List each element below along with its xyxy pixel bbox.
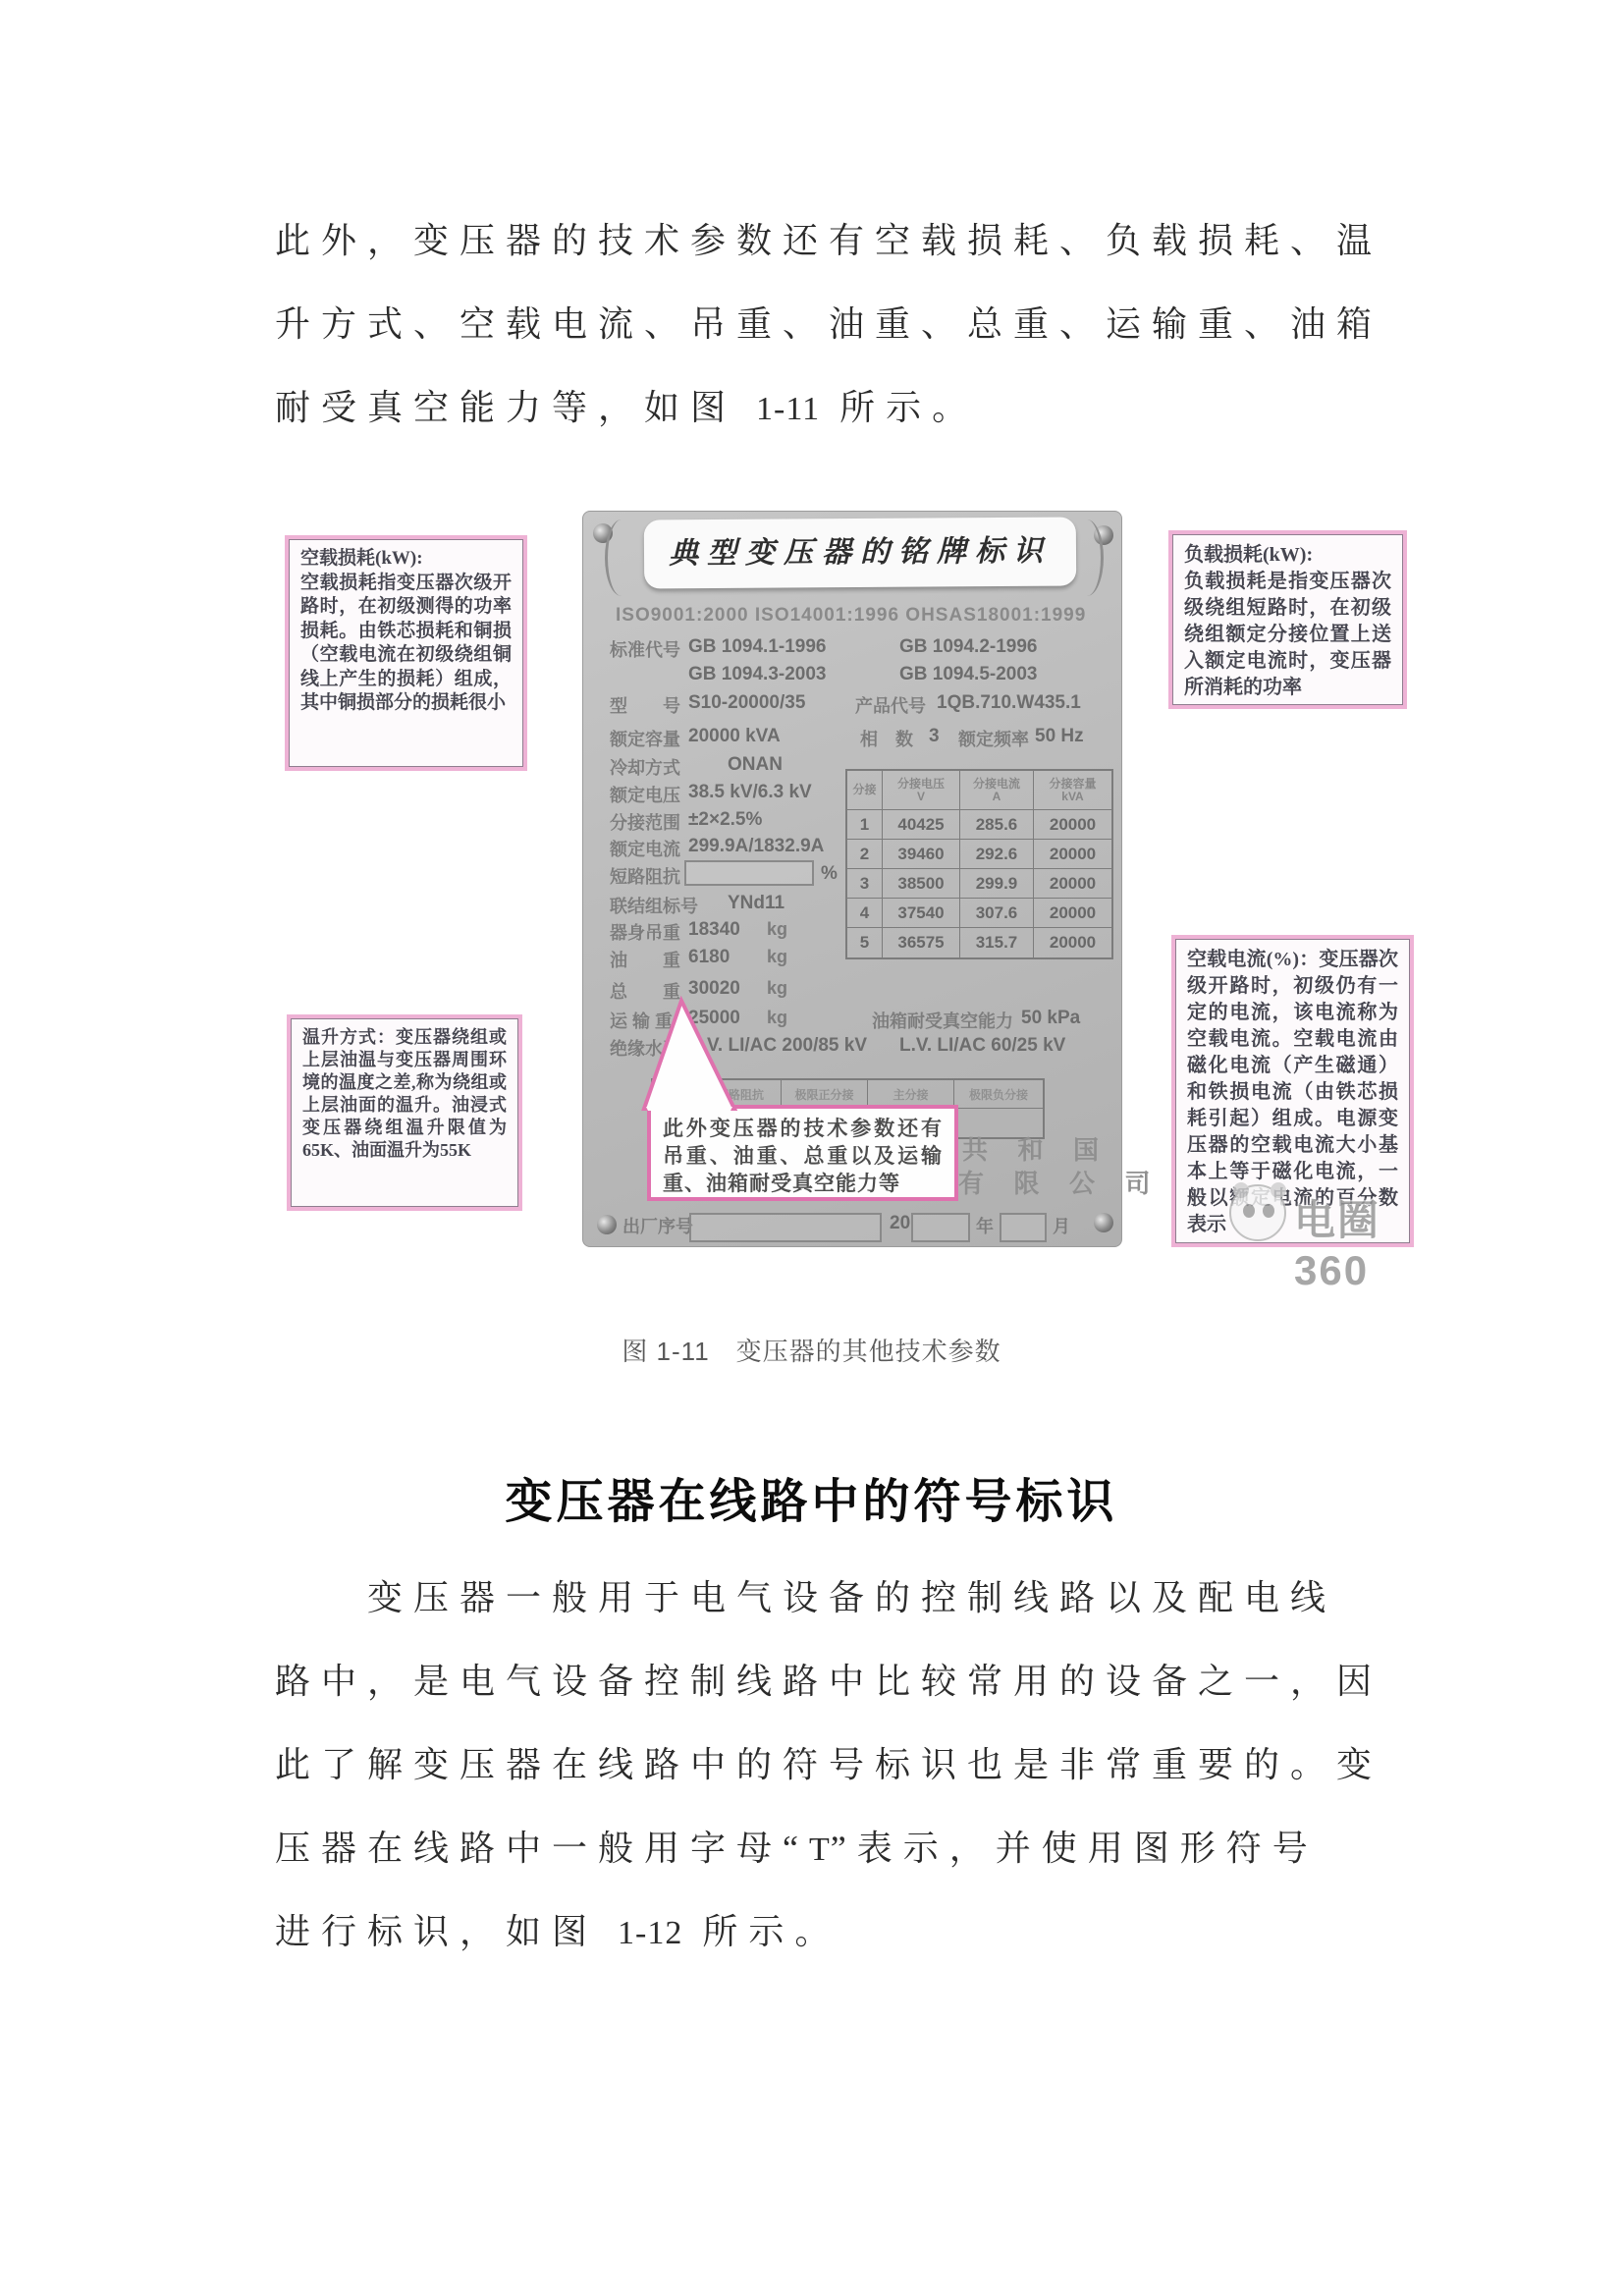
transformer-nameplate: 典型变压器的铭牌标识 ISO9001:2000 ISO14001:1996 OH… bbox=[582, 511, 1122, 1247]
tap-current-header: 分接电流 bbox=[973, 778, 1020, 791]
watermark-text: 电圈360 bbox=[1294, 1188, 1439, 1294]
tap-table-body: 140425285.620000239460292.62000033850029… bbox=[847, 810, 1111, 957]
callout-title: 负载损耗(kW): bbox=[1184, 544, 1313, 566]
product-code-value: 1QB.710.W435.1 bbox=[937, 692, 1081, 714]
paragraph-line: 升方式、空载电流、吊重、油重、总重、运输重、油箱 bbox=[275, 283, 1404, 366]
tap-table-cell: 20000 bbox=[1034, 810, 1111, 839]
tap-range-value: ±2×2.5% bbox=[688, 809, 762, 831]
impedance-h4: 极限负分接 bbox=[954, 1080, 1043, 1108]
insulation-lv: L.V. LI/AC 60/25 kV bbox=[899, 1035, 1065, 1057]
tap-table-cell: 315.7 bbox=[960, 928, 1034, 957]
kg-unit: kg bbox=[767, 919, 787, 940]
vector-group-label: 联结组标号 bbox=[610, 893, 698, 918]
standard-code-1: GB 1094.1-1996 bbox=[688, 636, 827, 658]
tap-table-cell: 20000 bbox=[1034, 899, 1111, 927]
iso-certs: ISO9001:2000 ISO14001:1996 OHSAS18001:19… bbox=[616, 605, 1086, 627]
tap-capacity-unit: kVA bbox=[1061, 791, 1083, 803]
impedance-h1: 高压绕组短路阻抗 bbox=[653, 1080, 782, 1108]
paragraph-line: 此外，变压器的技术参数还有空载损耗、负载损耗、温 bbox=[275, 199, 1404, 283]
text-run: 所示。 bbox=[820, 388, 978, 427]
serial-label: 出厂序号 bbox=[622, 1213, 693, 1238]
cooling-value: ONAN bbox=[728, 754, 783, 776]
tap-table-header: 分接 分接电压V 分接电流A 分接容量kVA bbox=[847, 771, 1111, 810]
vacuum-value: 50 kPa bbox=[1021, 1008, 1080, 1029]
tap-table-row: 140425285.620000 bbox=[847, 810, 1111, 840]
rated-current-label: 额定电流 bbox=[610, 836, 680, 861]
text-run: 此了解变压器在线路中的符号标识也是非常重要的。变 bbox=[275, 1745, 1382, 1784]
rated-voltage-value: 38.5 kV/6.3 kV bbox=[688, 782, 812, 803]
tap-table-cell: 307.6 bbox=[960, 899, 1034, 927]
phase-value: 3 bbox=[929, 726, 940, 747]
nameplate-title: 典型变压器的铭牌标识 bbox=[644, 517, 1076, 588]
phase-label: 相 数 bbox=[860, 726, 913, 751]
tap-table-cell: 20000 bbox=[1034, 840, 1111, 868]
callout-temp-rise: 温升方式：变压器绕组或上层油温与变压器周围环境的温度之差,称为绕组或上层油面的温… bbox=[287, 1014, 522, 1211]
impedance-unit: % bbox=[821, 863, 838, 885]
tap-table-row: 437540307.620000 bbox=[847, 899, 1111, 928]
rated-voltage-label: 额定电压 bbox=[610, 782, 680, 807]
tap-voltage-header: 分接电压 bbox=[897, 778, 945, 791]
tap-table-cell: 5 bbox=[847, 928, 883, 957]
month-blank-field bbox=[1000, 1213, 1047, 1242]
paragraph-symbols: 变压器一般用于电气设备的控制线路以及配电线路中，是电气设备控制线路中比较常用的设… bbox=[275, 1557, 1404, 1974]
cooling-label: 冷却方式 bbox=[610, 754, 680, 780]
tap-capacity-header: 分接容量 bbox=[1049, 778, 1096, 791]
paragraph-line: 此了解变压器在线路中的符号标识也是非常重要的。变 bbox=[275, 1723, 1404, 1807]
paragraph-line: 进行标识，如图 1-12 所示。 bbox=[275, 1890, 1404, 1974]
tap-table-row: 239460292.620000 bbox=[847, 840, 1111, 869]
tap-col-header: 分接 bbox=[852, 784, 876, 796]
vacuum-label: 油箱耐受真空能力 bbox=[872, 1008, 1013, 1033]
rated-current-value: 299.9A/1832.9A bbox=[688, 836, 824, 857]
insulation-label: 绝缘水平 bbox=[610, 1035, 680, 1061]
model-label: 型 号 bbox=[610, 692, 680, 718]
callout-body: 负载损耗是指变压器次级绕组短路时，在初级绕组额定分接位置上送入额定电流时，变压器… bbox=[1184, 571, 1391, 698]
tap-table-row: 536575315.720000 bbox=[847, 928, 1111, 957]
total-weight-value: 30020 bbox=[688, 978, 740, 1000]
tap-table-row: 338500299.920000 bbox=[847, 869, 1111, 899]
paragraph-line: 压器在线路中一般用字母“T”表示，并使用图形符号 bbox=[275, 1807, 1404, 1890]
standard-code-3: GB 1094.3-2003 bbox=[688, 664, 827, 685]
tap-table-cell: 299.9 bbox=[960, 869, 1034, 898]
year-suffix: 年 bbox=[976, 1213, 994, 1238]
company-text-line2: 有 限 公 司 bbox=[958, 1164, 1163, 1200]
tap-table-cell: 4 bbox=[847, 899, 883, 927]
panda-logo-icon bbox=[1229, 1184, 1286, 1241]
standard-code-2: GB 1094.2-1996 bbox=[899, 636, 1038, 658]
latin-text-run: 1-12 bbox=[618, 1915, 682, 1951]
annotation-bubble: 此外变压器的技术参数还有吊重、油重、总重以及运输重、油箱耐受真空能力等 bbox=[647, 1105, 958, 1201]
tap-table-cell: 20000 bbox=[1034, 928, 1111, 957]
lifting-weight-label: 器身吊重 bbox=[610, 919, 680, 945]
oil-weight-value: 6180 bbox=[688, 947, 730, 968]
transport-weight-value: 25000 bbox=[688, 1008, 740, 1029]
tap-range-label: 分接范围 bbox=[610, 809, 680, 835]
transport-weight-label: 运 输 重 bbox=[610, 1008, 673, 1033]
latin-text-run: 1-11 bbox=[756, 391, 820, 427]
text-run: 压器在线路中一般用字母“ bbox=[275, 1829, 809, 1868]
impedance-h3: 主分接 bbox=[868, 1080, 954, 1108]
paragraph-line: 耐受真空能力等，如图 1-11 所示。 bbox=[275, 366, 1404, 450]
kg-unit: kg bbox=[767, 947, 787, 967]
model-value: S10-20000/35 bbox=[688, 692, 805, 714]
kg-unit: kg bbox=[767, 1008, 787, 1028]
year-blank-field bbox=[911, 1213, 970, 1242]
latin-text-run: T bbox=[809, 1831, 831, 1868]
company-text-line1: 共 和 国 bbox=[962, 1130, 1110, 1167]
text-run: 路中，是电气设备控制线路中比较常用的设备之一，因 bbox=[275, 1662, 1382, 1701]
paragraph-line: 变压器一般用于电气设备的控制线路以及配电线 bbox=[275, 1557, 1404, 1640]
text-run: 升方式、空载电流、吊重、油重、总重、运输重、油箱 bbox=[275, 304, 1382, 344]
serial-row: 出厂序号 20 年 月 bbox=[583, 1209, 1123, 1238]
text-run: ”表示，并使用图形符号 bbox=[831, 1829, 1319, 1868]
tap-table-cell: 20000 bbox=[1034, 869, 1111, 898]
tap-table-cell: 37540 bbox=[883, 899, 960, 927]
tap-table-cell: 40425 bbox=[883, 810, 960, 839]
month-suffix: 月 bbox=[1053, 1213, 1070, 1238]
section-heading: 变压器在线路中的符号标识 bbox=[0, 1473, 1623, 1532]
kg-unit: kg bbox=[767, 978, 787, 999]
watermark: 电圈360 bbox=[1223, 1176, 1439, 1247]
impedance-h2: 极限正分接 bbox=[782, 1080, 868, 1108]
tap-table: 分接 分接电压V 分接电流A 分接容量kVA 140425285.6200002… bbox=[845, 769, 1113, 959]
text-run: 进行标识，如图 bbox=[275, 1912, 618, 1951]
serial-blank-field bbox=[689, 1213, 882, 1242]
callout-no-load-loss: 空载损耗(kW): 空载损耗指变压器次级开路时，在初级测得的功率损耗。由铁芯损耗… bbox=[285, 535, 527, 771]
product-code-label: 产品代号 bbox=[855, 692, 926, 718]
tap-table-cell: 39460 bbox=[883, 840, 960, 868]
tap-table-cell: 3 bbox=[847, 869, 883, 898]
document-page: 此外，变压器的技术参数还有空载损耗、负载损耗、温升方式、空载电流、吊重、油重、总… bbox=[0, 0, 1623, 2296]
rated-frequency-value: 50 Hz bbox=[1035, 726, 1084, 747]
rated-capacity-label: 额定容量 bbox=[610, 726, 680, 751]
insulation-hv: H.V. LI/AC 200/85 kV bbox=[688, 1035, 867, 1057]
tap-table-cell: 292.6 bbox=[960, 840, 1034, 868]
tap-table-cell: 36575 bbox=[883, 928, 960, 957]
tap-current-unit: A bbox=[993, 791, 1001, 803]
impedance-label: 短路阻抗 bbox=[610, 863, 680, 889]
text-run: 此外，变压器的技术参数还有空载损耗、负载损耗、温 bbox=[275, 221, 1382, 260]
oil-weight-label: 油 重 bbox=[610, 947, 680, 972]
lifting-weight-value: 18340 bbox=[688, 919, 740, 941]
rated-capacity-value: 20000 kVA bbox=[688, 726, 781, 747]
text-run: 耐受真空能力等，如图 bbox=[275, 388, 756, 427]
rated-frequency-label: 额定频率 bbox=[958, 726, 1029, 751]
callout-body: 空载损耗指变压器次级开路时，在初级测得的功率损耗。由铁芯损耗和铜损（空载电流在初… bbox=[300, 573, 512, 714]
paragraph-intro: 此外，变压器的技术参数还有空载损耗、负载损耗、温升方式、空载电流、吊重、油重、总… bbox=[275, 199, 1404, 450]
tap-table-cell: 38500 bbox=[883, 869, 960, 898]
callout-body: 温升方式：变压器绕组或上层油温与变压器周围环境的温度之差,称为绕组或上层油面的温… bbox=[302, 1027, 507, 1160]
tap-voltage-unit: V bbox=[917, 791, 925, 803]
callout-title: 空载损耗(kW): bbox=[300, 548, 423, 569]
vector-group-value: YNd11 bbox=[728, 893, 784, 914]
tap-table-cell: 285.6 bbox=[960, 810, 1034, 839]
year-prefix: 20 bbox=[890, 1213, 910, 1234]
decorative-arc bbox=[605, 519, 638, 596]
standard-code-4: GB 1094.5-2003 bbox=[899, 664, 1038, 685]
standard-code-label: 标准代号 bbox=[610, 636, 680, 662]
tap-table-cell: 2 bbox=[847, 840, 883, 868]
text-run: 所示。 bbox=[682, 1912, 840, 1951]
figure-caption: 图 1-11 变压器的其他技术参数 bbox=[0, 1335, 1623, 1368]
total-weight-label: 总 重 bbox=[610, 978, 680, 1004]
tap-table-cell: 1 bbox=[847, 810, 883, 839]
impedance-blank-field bbox=[684, 860, 814, 886]
callout-load-loss: 负载损耗(kW): 负载损耗是指变压器次级绕组短路时，在初级绕组额定分接位置上送… bbox=[1168, 530, 1407, 709]
paragraph-line: 路中，是电气设备控制线路中比较常用的设备之一，因 bbox=[275, 1640, 1404, 1723]
text-run: 变压器一般用于电气设备的控制线路以及配电线 bbox=[367, 1578, 1336, 1617]
